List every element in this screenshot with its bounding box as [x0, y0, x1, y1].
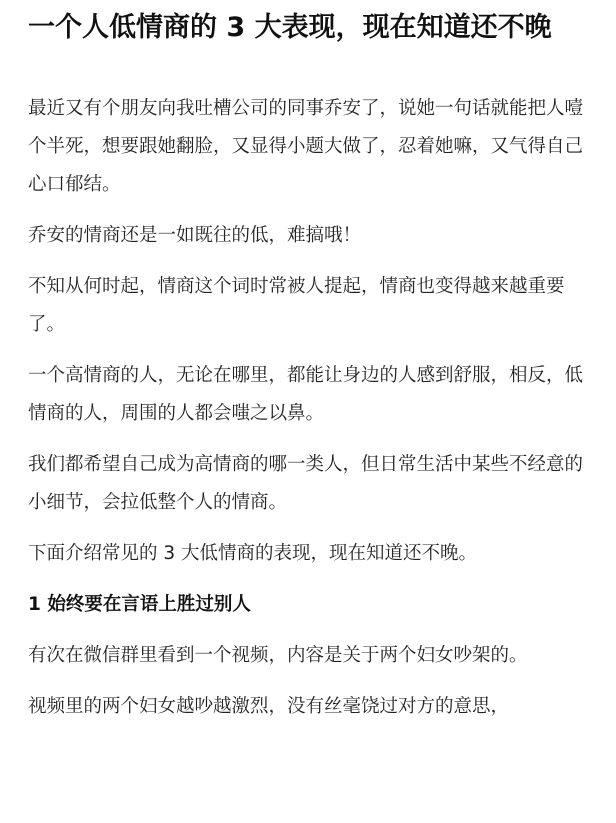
section-heading: 1 始终要在言语上胜过别人: [28, 586, 588, 624]
article: 一个人低情商的 3 大表现，现在知道还不晚 最近又有个朋友向我吐槽公司的同事乔安…: [0, 0, 616, 726]
paragraph: 乔安的情商还是一如既往的低，难搞哦！: [28, 217, 588, 255]
paragraph: 一个高情商的人，无论在哪里，都能让身边的人感到舒服，相反，低情商的人，周围的人都…: [28, 357, 588, 433]
paragraph: 有次在微信群里看到一个视频，内容是关于两个妇女吵架的。: [28, 637, 588, 675]
paragraph: 下面介绍常见的 3 大低情商的表现，现在知道还不晚。: [28, 535, 588, 573]
paragraph: 视频里的两个妇女越吵越激烈，没有丝毫饶过对方的意思，: [28, 688, 588, 726]
paragraph: 最近又有个朋友向我吐槽公司的同事乔安了，说她一句话就能把人噎个半死，想要跟她翻脸…: [28, 90, 588, 204]
paragraph: 我们都希望自己成为高情商的哪一类人，但日常生活中某些不经意的小细节，会拉低整个人…: [28, 446, 588, 522]
paragraph: 不知从何时起，情商这个词时常被人提起，情商也变得越来越重要了。: [28, 268, 588, 344]
article-title: 一个人低情商的 3 大表现，现在知道还不晚: [28, 0, 588, 47]
